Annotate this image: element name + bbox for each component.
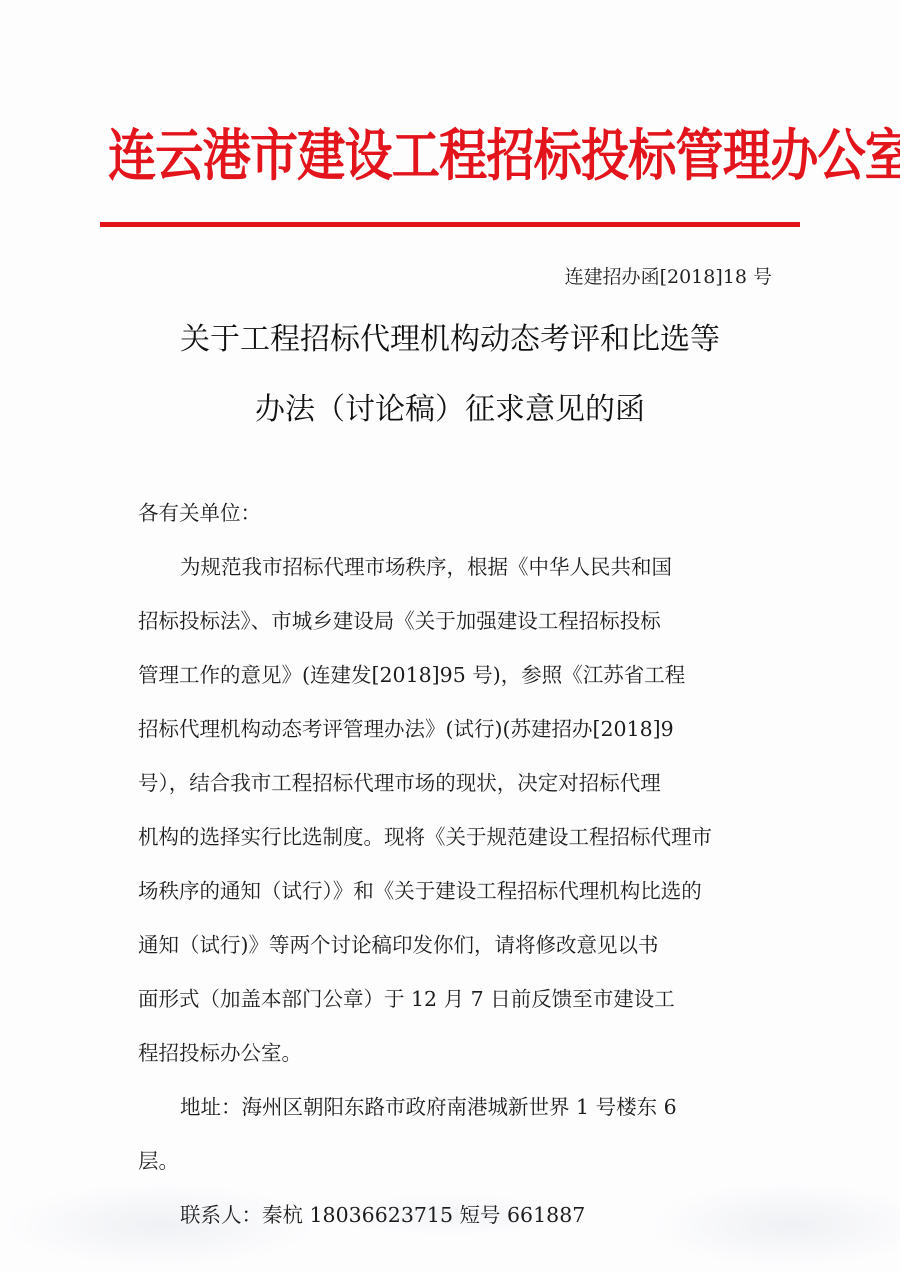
body-line: 面形式（加盖本部门公章）于 12 月 7 日前反馈至市建设工 — [138, 982, 675, 1012]
document-title-line-2: 办法（讨论稿）征求意见的函 — [0, 388, 900, 432]
body-line: 场秩序的通知（试行）》和《关于建设工程招标代理机构比选的 — [138, 874, 702, 904]
address-line: 层。 — [138, 1144, 179, 1174]
body-line: 通知（试行)》等两个讨论稿印发你们，请将修改意见以书 — [138, 928, 659, 958]
body-line: 管理工作的意见》(连建发[2018]95 号)，参照《江苏省工程 — [138, 658, 685, 688]
body-line: 号），结合我市工程招标代理市场的现状，决定对招标代理 — [138, 766, 661, 796]
body-line: 机构的选择实行比选制度。现将《关于规范建设工程招标代理市 — [138, 820, 712, 850]
letterhead-red-rule — [100, 222, 800, 227]
body-line: 程招投标办公室。 — [138, 1036, 302, 1066]
document-number: 连建招办函[2018]18 号 — [565, 262, 772, 292]
body-line: 为规范我市招标代理市场秩序，根据《中华人民共和国 — [180, 550, 672, 580]
body-line: 招标代理机构动态考评管理办法》(试行)(苏建招办[2018]9 — [138, 712, 674, 742]
document-page: 连云港市建设工程招标投标管理办公室 连建招办函[2018]18 号 关于工程招标… — [0, 0, 900, 1272]
letterhead-title: 连云港市建设工程招标投标管理办公室 — [108, 116, 710, 196]
contact-line: 联系人：秦杭 18036623715 短号 661887 — [180, 1198, 585, 1228]
address-line: 地址：海州区朝阳东路市政府南港城新世界 1 号楼东 6 — [180, 1090, 677, 1120]
salutation: 各有关单位： — [138, 496, 261, 526]
body-line: 招标投标法》、市城乡建设局《关于加强建设工程招标投标 — [138, 604, 661, 634]
document-title-line-1: 关于工程招标代理机构动态考评和比选等 — [0, 318, 900, 362]
